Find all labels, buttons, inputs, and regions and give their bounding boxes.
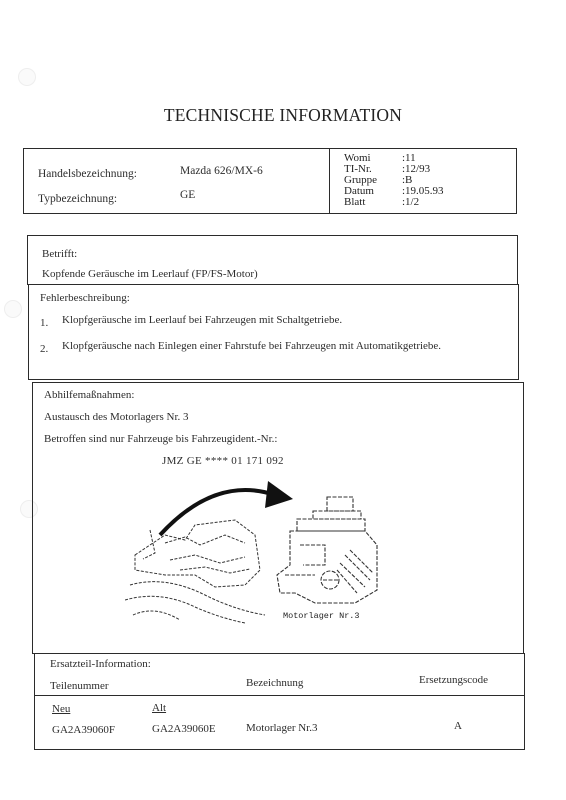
column-header-ersetzungscode: Ersetzungscode — [419, 674, 488, 686]
handelsbezeichnung-label: Handelsbezeichnung: — [38, 168, 137, 180]
part-number-new: GA2A39060F — [52, 724, 115, 736]
typbezeichnung-label: Typbezeichnung: — [38, 193, 117, 205]
betrifft-text: Kopfende Geräusche im Leerlauf (FP/FS-Mo… — [42, 268, 258, 280]
subcolumn-alt: Alt — [152, 702, 166, 714]
meta-value-blatt: :1/2 — [402, 197, 419, 208]
figure-caption: Motorlager Nr.3 — [283, 611, 360, 621]
abhilfe-label: Abhilfemaßnahmen: — [44, 389, 134, 401]
part-number-old: GA2A39060E — [152, 723, 216, 735]
document-title: TECHNISCHE INFORMATION — [0, 105, 566, 126]
typbezeichnung-value: GE — [180, 189, 195, 201]
fehlerbeschreibung-label: Fehlerbeschreibung: — [40, 292, 130, 304]
abhilfe-line1: Austausch des Motorlagers Nr. 3 — [44, 411, 189, 423]
handelsbezeichnung-value: Mazda 626/MX-6 — [180, 165, 263, 177]
engine-mount-diagram-icon — [125, 475, 395, 625]
column-header-bezeichnung: Bezeichnung — [246, 677, 303, 689]
fehler-item-number: 1. — [40, 317, 48, 329]
ersatzteil-label: Ersatzteil-Information: — [50, 658, 151, 670]
ersatzteil-header-divider — [34, 695, 525, 696]
part-description: Motorlager Nr.3 — [246, 722, 317, 734]
engine-illustration — [125, 475, 395, 625]
meta-label-blatt: Blatt — [344, 197, 365, 208]
fehler-item-text: Klopfgeräusche im Leerlauf bei Fahrzeuge… — [62, 314, 342, 326]
fehler-item-number: 2. — [40, 343, 48, 355]
abhilfe-line2: Betroffen sind nur Fahrzeuge bis Fahrzeu… — [44, 433, 278, 445]
fehler-item-text: Klopfgeräusche nach Einlegen einer Fahrs… — [62, 340, 441, 352]
column-header-teilenummer: Teilenummer — [50, 680, 109, 692]
replacement-code: A — [454, 720, 462, 732]
subcolumn-neu: Neu — [52, 703, 70, 715]
punch-hole — [18, 68, 36, 86]
header-divider — [329, 148, 330, 214]
vin-range: JMZ GE **** 01 171 092 — [162, 455, 284, 467]
betrifft-label: Betrifft: — [42, 248, 77, 260]
punch-hole — [4, 300, 22, 318]
